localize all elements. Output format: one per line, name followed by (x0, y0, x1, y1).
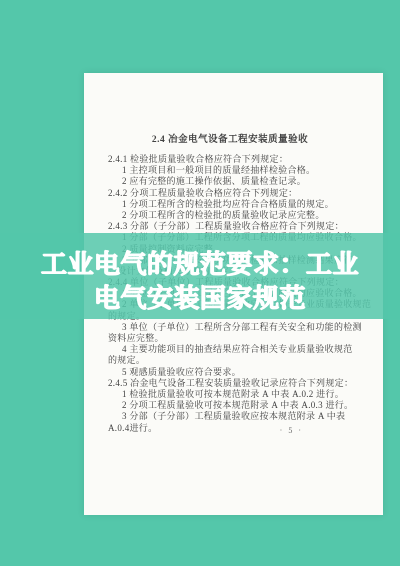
thumbnail-image: 2.4 冶金电气设备工程安装质量验收 2.4.1 检验批质量验收合格应符合下列规… (0, 0, 400, 566)
overlay-title-line-1: 工业电气的规范要求：工业 (0, 249, 400, 283)
document-line: 2 分项工程质量验收可按本规范附录 A 中表 A.0.3 进行。 (84, 400, 383, 411)
document-line: 1 分项工程所含的检验批均应符合合格质量的规定。 (84, 199, 383, 210)
document-line: 2.4.1 检验批质量验收合格应符合下列规定： (84, 154, 383, 165)
document-line: 1 主控项目和一般项目的质量经抽样检验合格。 (84, 165, 383, 176)
document-line: 的规定。 (84, 355, 383, 366)
document-line: 3 分部（子分部）工程质量验收应按本规范附录 A 中表 (84, 411, 383, 422)
document-line: 1 检验批质量验收可按本规范附录 A 中表 A.0.2 进行。 (84, 389, 383, 400)
overlay-title: 工业电气的规范要求：工业 电气安装国家规范 (0, 249, 400, 316)
document-line: 4 主要功能项目的抽查结果应符合相关专业质量验收规范 (84, 344, 383, 355)
section-heading: 2.4 冶金电气设备工程安装质量验收 (108, 131, 352, 145)
document-line: 资料应完整。 (84, 333, 383, 344)
document-line: 3 单位（子单位）工程所含分部工程有关安全和功能的检测 (84, 322, 383, 333)
document-line: 5 观感质量验收应符合要求。 (84, 367, 383, 378)
document-line: 2.4.3 分部（子分部）工程质量验收合格应符合下列规定： (84, 221, 383, 232)
document-line: 2 分项工程所含的检验批的质量验收记录应完整。 (84, 210, 383, 221)
document-line: 2 应有完整的施工操作依据、质量检查记录。 (84, 176, 383, 187)
document-line: 2.4.5 冶金电气设备工程安装质量验收记录应符合下列规定： (84, 378, 383, 389)
document-line: A.0.4进行。 (84, 423, 383, 434)
document-line: 2.4.2 分项工程质量验收合格应符合下列规定： (84, 188, 383, 199)
page-number: · 5 · (280, 426, 303, 435)
overlay-title-line-2: 电气安装国家规范 (0, 283, 400, 317)
